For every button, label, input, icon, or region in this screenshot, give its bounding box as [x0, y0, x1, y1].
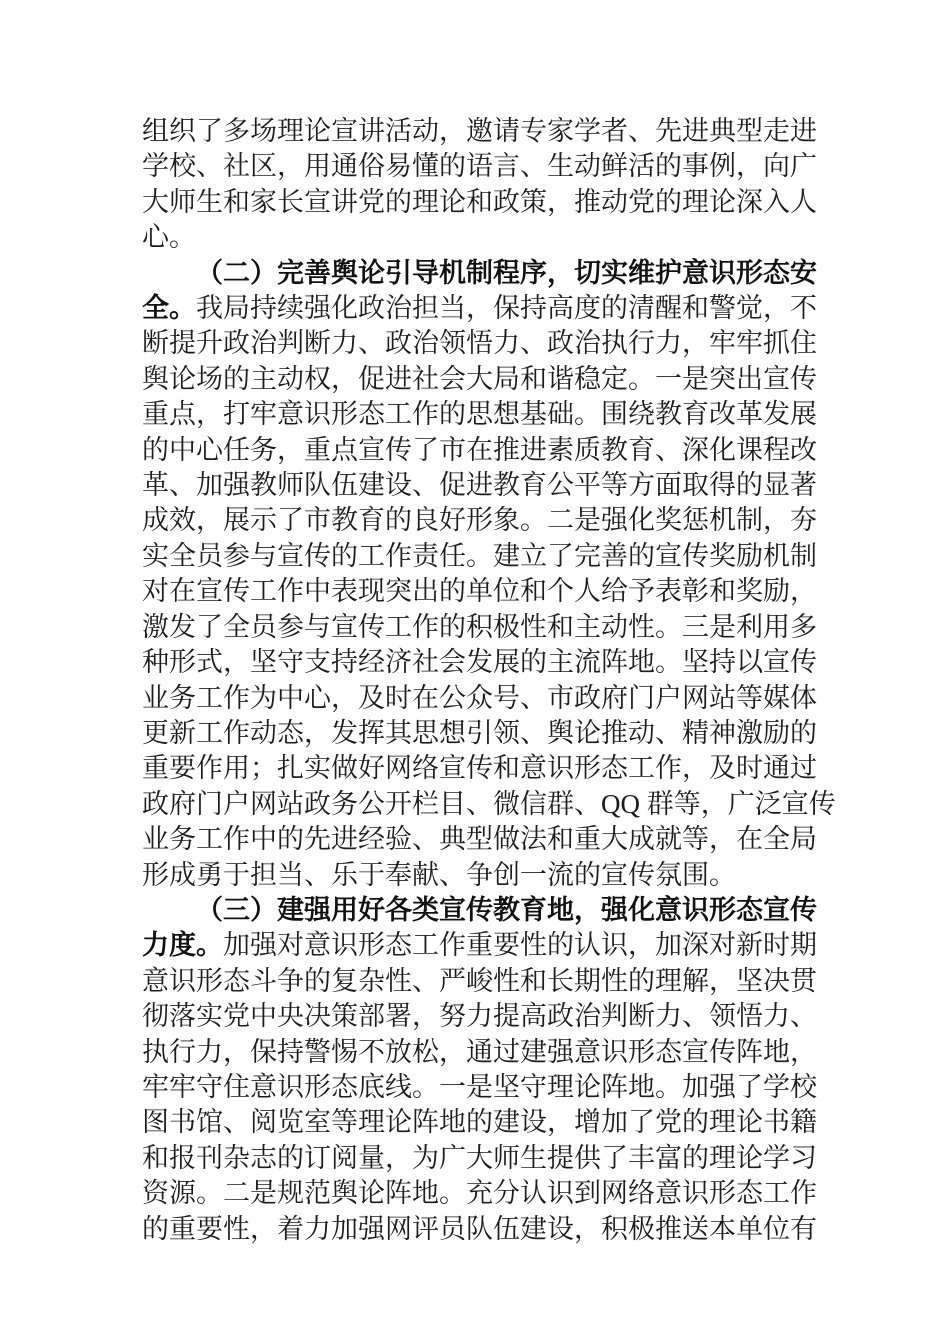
section-3-paragraph: （三）建强用好各类宣传教育地，强化意识形态宣传力度。加强对意识形态工作重要性的认… [142, 893, 836, 1247]
paragraph-text: 组织了多场理论宣讲活动，邀请专家学者、先进典型走进学校、社区，用通俗易懂的语言、… [142, 116, 817, 252]
section-2-paragraph: （二）完善舆论引导机制程序，切实维护意识形态安全。我局持续强化政治担当，保持高度… [142, 256, 836, 893]
continuation-paragraph: 组织了多场理论宣讲活动，邀请专家学者、先进典型走进学校、社区，用通俗易懂的语言、… [142, 114, 836, 256]
document-page: 组织了多场理论宣讲活动，邀请专家学者、先进典型走进学校、社区，用通俗易懂的语言、… [0, 0, 950, 1344]
document-body: 组织了多场理论宣讲活动，邀请专家学者、先进典型走进学校、社区，用通俗易懂的语言、… [0, 0, 950, 1247]
section-3-body-text: 加强对意识形态工作重要性的认识，加深对新时期意识形态斗争的复杂性、严峻性和长期性… [142, 930, 817, 1243]
section-2-body-text: 我局持续强化政治担当，保持高度的清醒和警觉，不断提升政治判断力、政治领悟力、政治… [142, 293, 836, 890]
